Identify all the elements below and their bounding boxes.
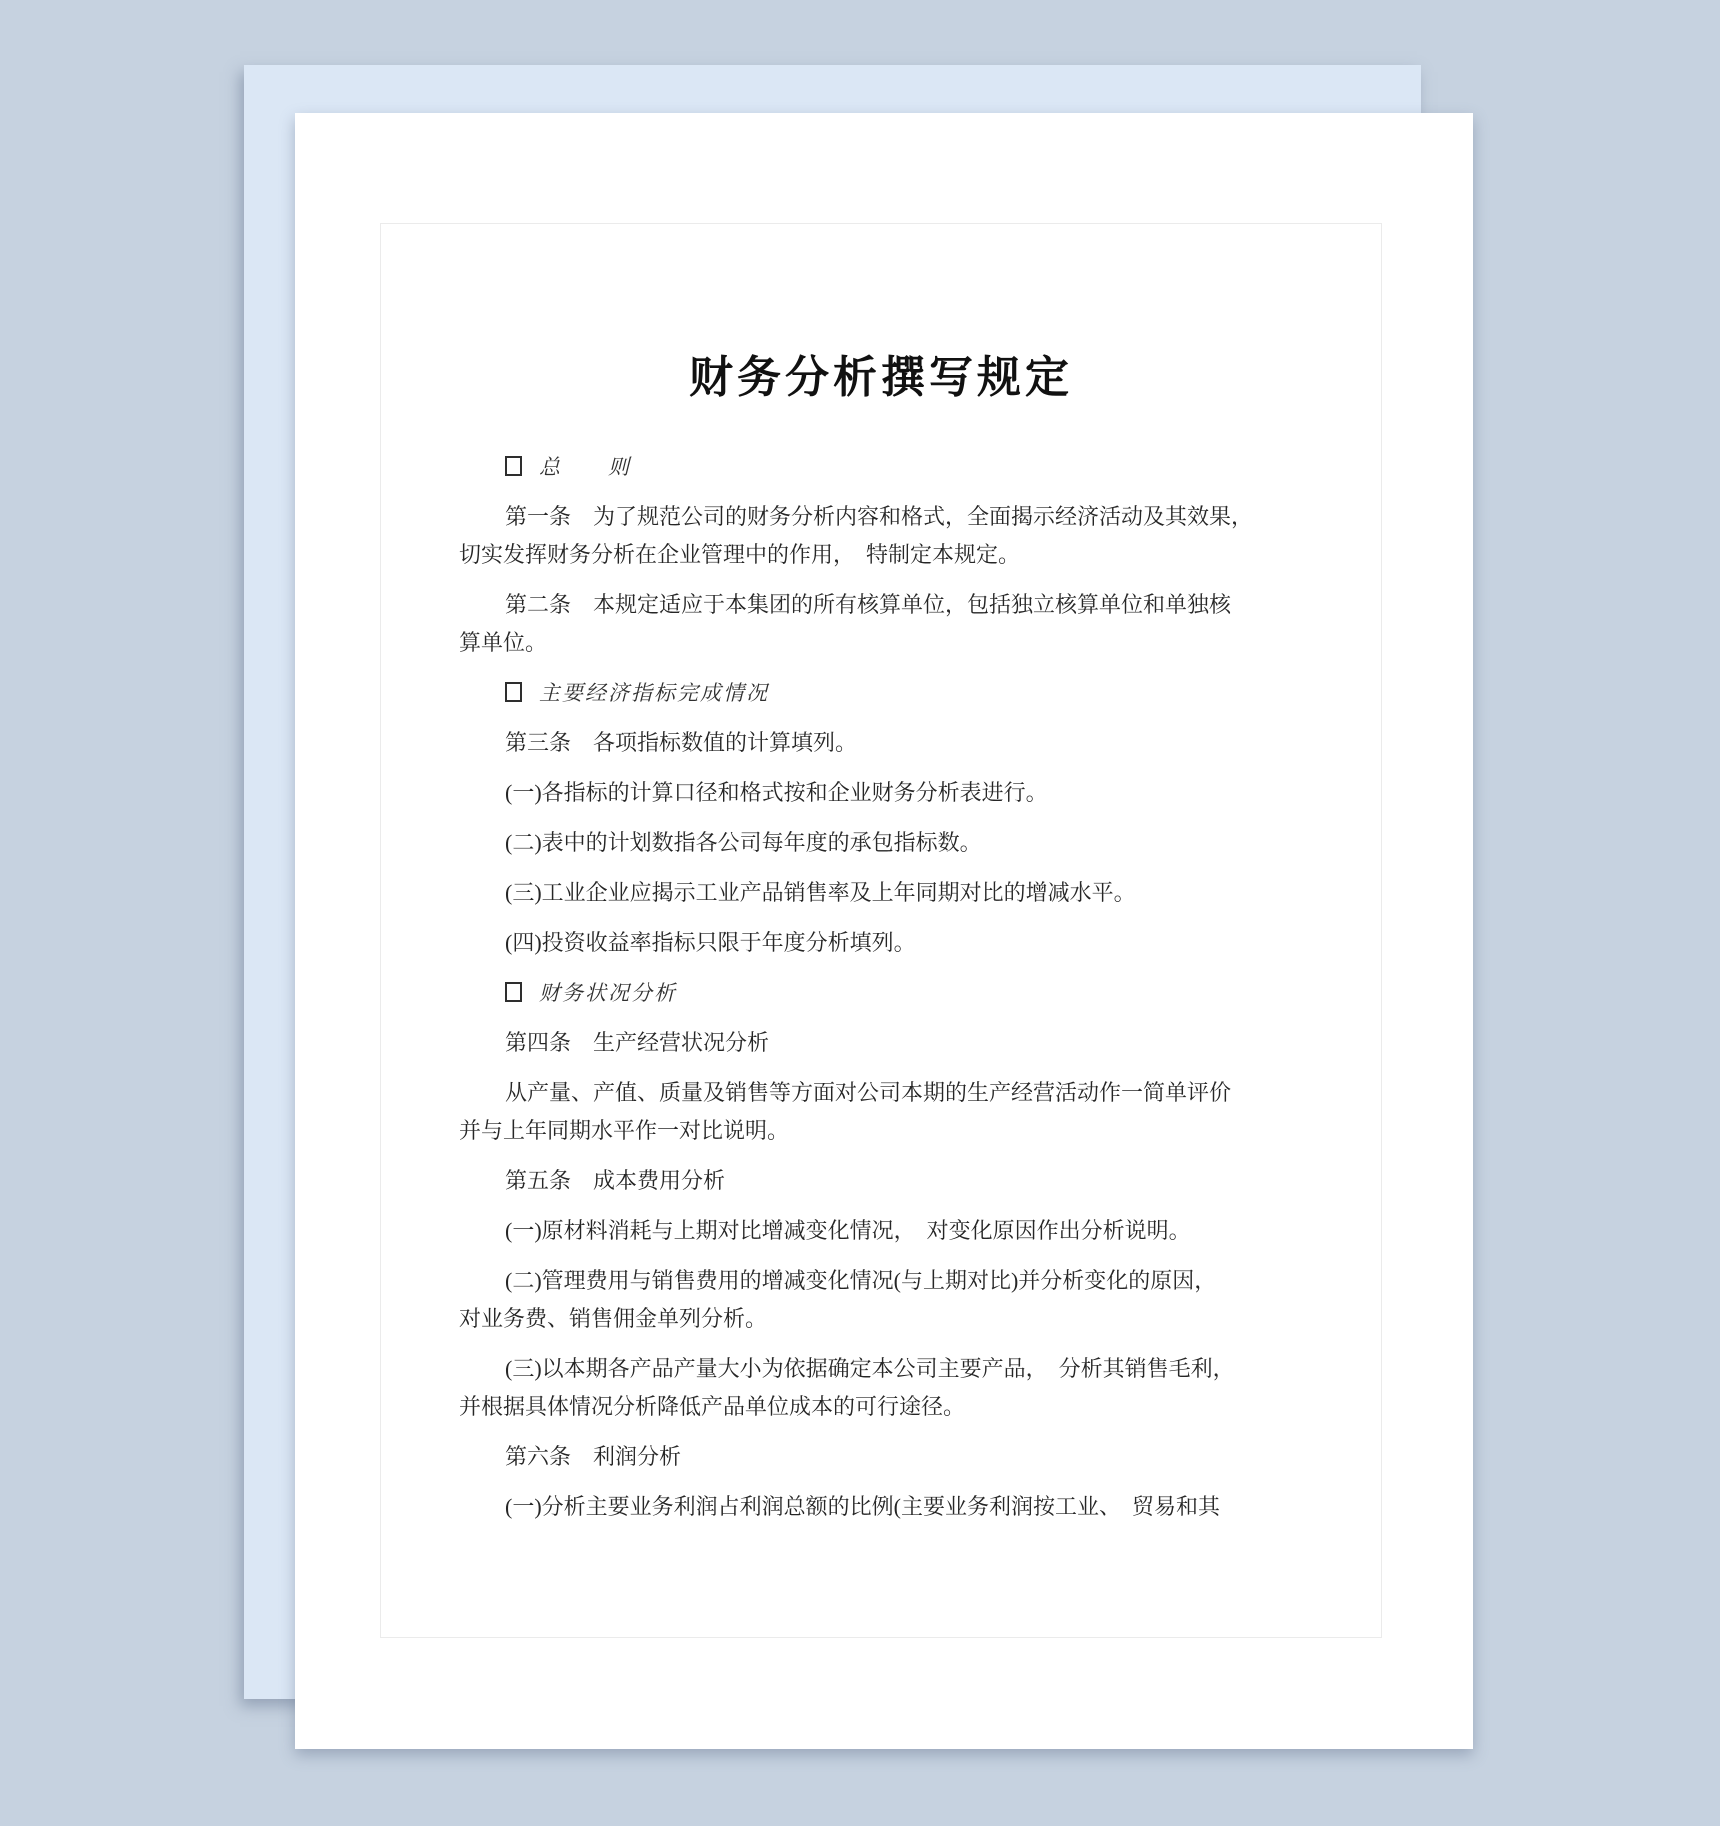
- paragraph: (二)表中的计划数指各公司每年度的承包指标数。: [459, 824, 1303, 862]
- paragraph-line: 第一条 为了规范公司的财务分析内容和格式，全面揭示经济活动及其效果，: [459, 498, 1303, 536]
- missing-glyph-box-icon: [505, 682, 522, 702]
- paragraph-line: 算单位。: [459, 624, 1303, 662]
- paragraph-line: 切实发挥财务分析在企业管理中的作用， 特制定本规定。: [459, 536, 1303, 574]
- paragraph: (一)分析主要业务利润占利润总额的比例(主要业务利润按工业、 贸易和其: [459, 1488, 1303, 1526]
- paragraph: 从产量、产值、质量及销售等方面对公司本期的生产经营活动作一简单评价并与上年同期水…: [459, 1074, 1303, 1150]
- content-frame: 财务分析撰写规定 总 则第一条 为了规范公司的财务分析内容和格式，全面揭示经济活…: [380, 223, 1382, 1638]
- paragraph-line: 主要经济指标完成情况: [459, 674, 1303, 712]
- document-body: 总 则第一条 为了规范公司的财务分析内容和格式，全面揭示经济活动及其效果，切实发…: [459, 448, 1303, 1526]
- paragraph-line: 第四条 生产经营状况分析: [459, 1024, 1303, 1062]
- desktop-background: 财务分析撰写规定 总 则第一条 为了规范公司的财务分析内容和格式，全面揭示经济活…: [0, 0, 1720, 1826]
- paragraph-line: 第五条 成本费用分析: [459, 1162, 1303, 1200]
- section-heading: 总 则: [459, 448, 1303, 486]
- paragraph-line: (一)原材料消耗与上期对比增减变化情况， 对变化原因作出分析说明。: [459, 1212, 1303, 1250]
- paragraph: 第三条 各项指标数值的计算填列。: [459, 724, 1303, 762]
- paragraph: (一)原材料消耗与上期对比增减变化情况， 对变化原因作出分析说明。: [459, 1212, 1303, 1250]
- paragraph-line: (四)投资收益率指标只限于年度分析填列。: [459, 924, 1303, 962]
- paragraph-line: 第六条 利润分析: [459, 1438, 1303, 1476]
- paragraph-line: (一)各指标的计算口径和格式按和企业财务分析表进行。: [459, 774, 1303, 812]
- paragraph-line: 第二条 本规定适应于本集团的所有核算单位，包括独立核算单位和单独核: [459, 586, 1303, 624]
- paragraph: 第四条 生产经营状况分析: [459, 1024, 1303, 1062]
- document-title: 财务分析撰写规定: [459, 354, 1303, 402]
- paragraph-line: (二)管理费用与销售费用的增减变化情况(与上期对比)并分析变化的原因，: [459, 1262, 1303, 1300]
- paragraph: 第二条 本规定适应于本集团的所有核算单位，包括独立核算单位和单独核算单位。: [459, 586, 1303, 662]
- paragraph-line: 第三条 各项指标数值的计算填列。: [459, 724, 1303, 762]
- section-heading: 主要经济指标完成情况: [459, 674, 1303, 712]
- missing-glyph-box-icon: [505, 456, 522, 476]
- paragraph-line: 财务状况分析: [459, 974, 1303, 1012]
- paragraph-line: (三)工业企业应揭示工业产品销售率及上年同期对比的增减水平。: [459, 874, 1303, 912]
- paragraph: (一)各指标的计算口径和格式按和企业财务分析表进行。: [459, 774, 1303, 812]
- paragraph-line: (二)表中的计划数指各公司每年度的承包指标数。: [459, 824, 1303, 862]
- paragraph: 第五条 成本费用分析: [459, 1162, 1303, 1200]
- paragraph-line: 从产量、产值、质量及销售等方面对公司本期的生产经营活动作一简单评价: [459, 1074, 1303, 1112]
- paragraph-line: 并与上年同期水平作一对比说明。: [459, 1112, 1303, 1150]
- paragraph-line: (一)分析主要业务利润占利润总额的比例(主要业务利润按工业、 贸易和其: [459, 1488, 1303, 1526]
- paragraph: (二)管理费用与销售费用的增减变化情况(与上期对比)并分析变化的原因，对业务费、…: [459, 1262, 1303, 1338]
- missing-glyph-box-icon: [505, 982, 522, 1002]
- paragraph: (四)投资收益率指标只限于年度分析填列。: [459, 924, 1303, 962]
- paragraph-line: 对业务费、销售佣金单列分析。: [459, 1300, 1303, 1338]
- section-heading: 财务状况分析: [459, 974, 1303, 1012]
- paragraph: 第六条 利润分析: [459, 1438, 1303, 1476]
- paragraph: 第一条 为了规范公司的财务分析内容和格式，全面揭示经济活动及其效果，切实发挥财务…: [459, 498, 1303, 574]
- paragraph-line: 总 则: [459, 448, 1303, 486]
- paragraph: (三)以本期各产品产量大小为依据确定本公司主要产品， 分析其销售毛利，并根据具体…: [459, 1350, 1303, 1426]
- paragraph-line: (三)以本期各产品产量大小为依据确定本公司主要产品， 分析其销售毛利，: [459, 1350, 1303, 1388]
- paragraph: (三)工业企业应揭示工业产品销售率及上年同期对比的增减水平。: [459, 874, 1303, 912]
- document-page: 财务分析撰写规定 总 则第一条 为了规范公司的财务分析内容和格式，全面揭示经济活…: [295, 113, 1473, 1749]
- paragraph-line: 并根据具体情况分析降低产品单位成本的可行途径。: [459, 1388, 1303, 1426]
